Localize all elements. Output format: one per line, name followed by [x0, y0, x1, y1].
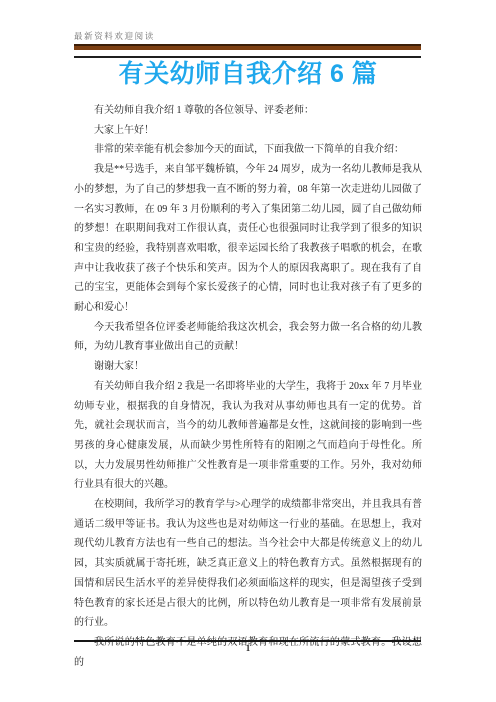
- header-note: 最新资料欢迎阅读: [74, 30, 155, 42]
- page-number: 1: [0, 643, 496, 653]
- header-accent-bar: [74, 44, 421, 50]
- document-page: 最新资料欢迎阅读 有关幼师自我介绍 6 篇 有关幼师自我介绍 1 尊敬的各位领导…: [0, 0, 496, 702]
- paragraph: 今天我希望各位评委老师能给我这次机会，我会努力做一名合格的幼儿教师，为幼儿教育事…: [74, 318, 422, 357]
- paragraph: 非常的荣幸能有机会参加今天的面试，下面我做一下简单的自我介绍：: [74, 140, 422, 160]
- document-title: 有关幼师自我介绍 6 篇: [0, 59, 496, 89]
- paragraph: 有关幼师自我介绍 1 尊敬的各位领导、评委老师：: [74, 101, 422, 121]
- paragraph: 大家上午好！: [74, 121, 422, 141]
- paragraph: 我是**号选手，来自邹平魏桥镇，今年 24 周岁，成为一名幼儿教师是我从小的梦想…: [74, 160, 422, 318]
- document-body: 有关幼师自我介绍 1 尊敬的各位领导、评委老师： 大家上午好！ 非常的荣幸能有机…: [74, 101, 422, 672]
- footer-divider: [74, 640, 421, 642]
- paragraph: 在校期间，我所学习的教育学与>心理学的成绩都非常突出，并且我具有普通话二级甲等证…: [74, 495, 422, 633]
- header-divider: [74, 56, 421, 58]
- paragraph: 谢谢大家！: [74, 357, 422, 377]
- paragraph: 有关幼师自我介绍 2 我是一名即将毕业的大学生，我将于 20xx 年 7 月毕业…: [74, 377, 422, 495]
